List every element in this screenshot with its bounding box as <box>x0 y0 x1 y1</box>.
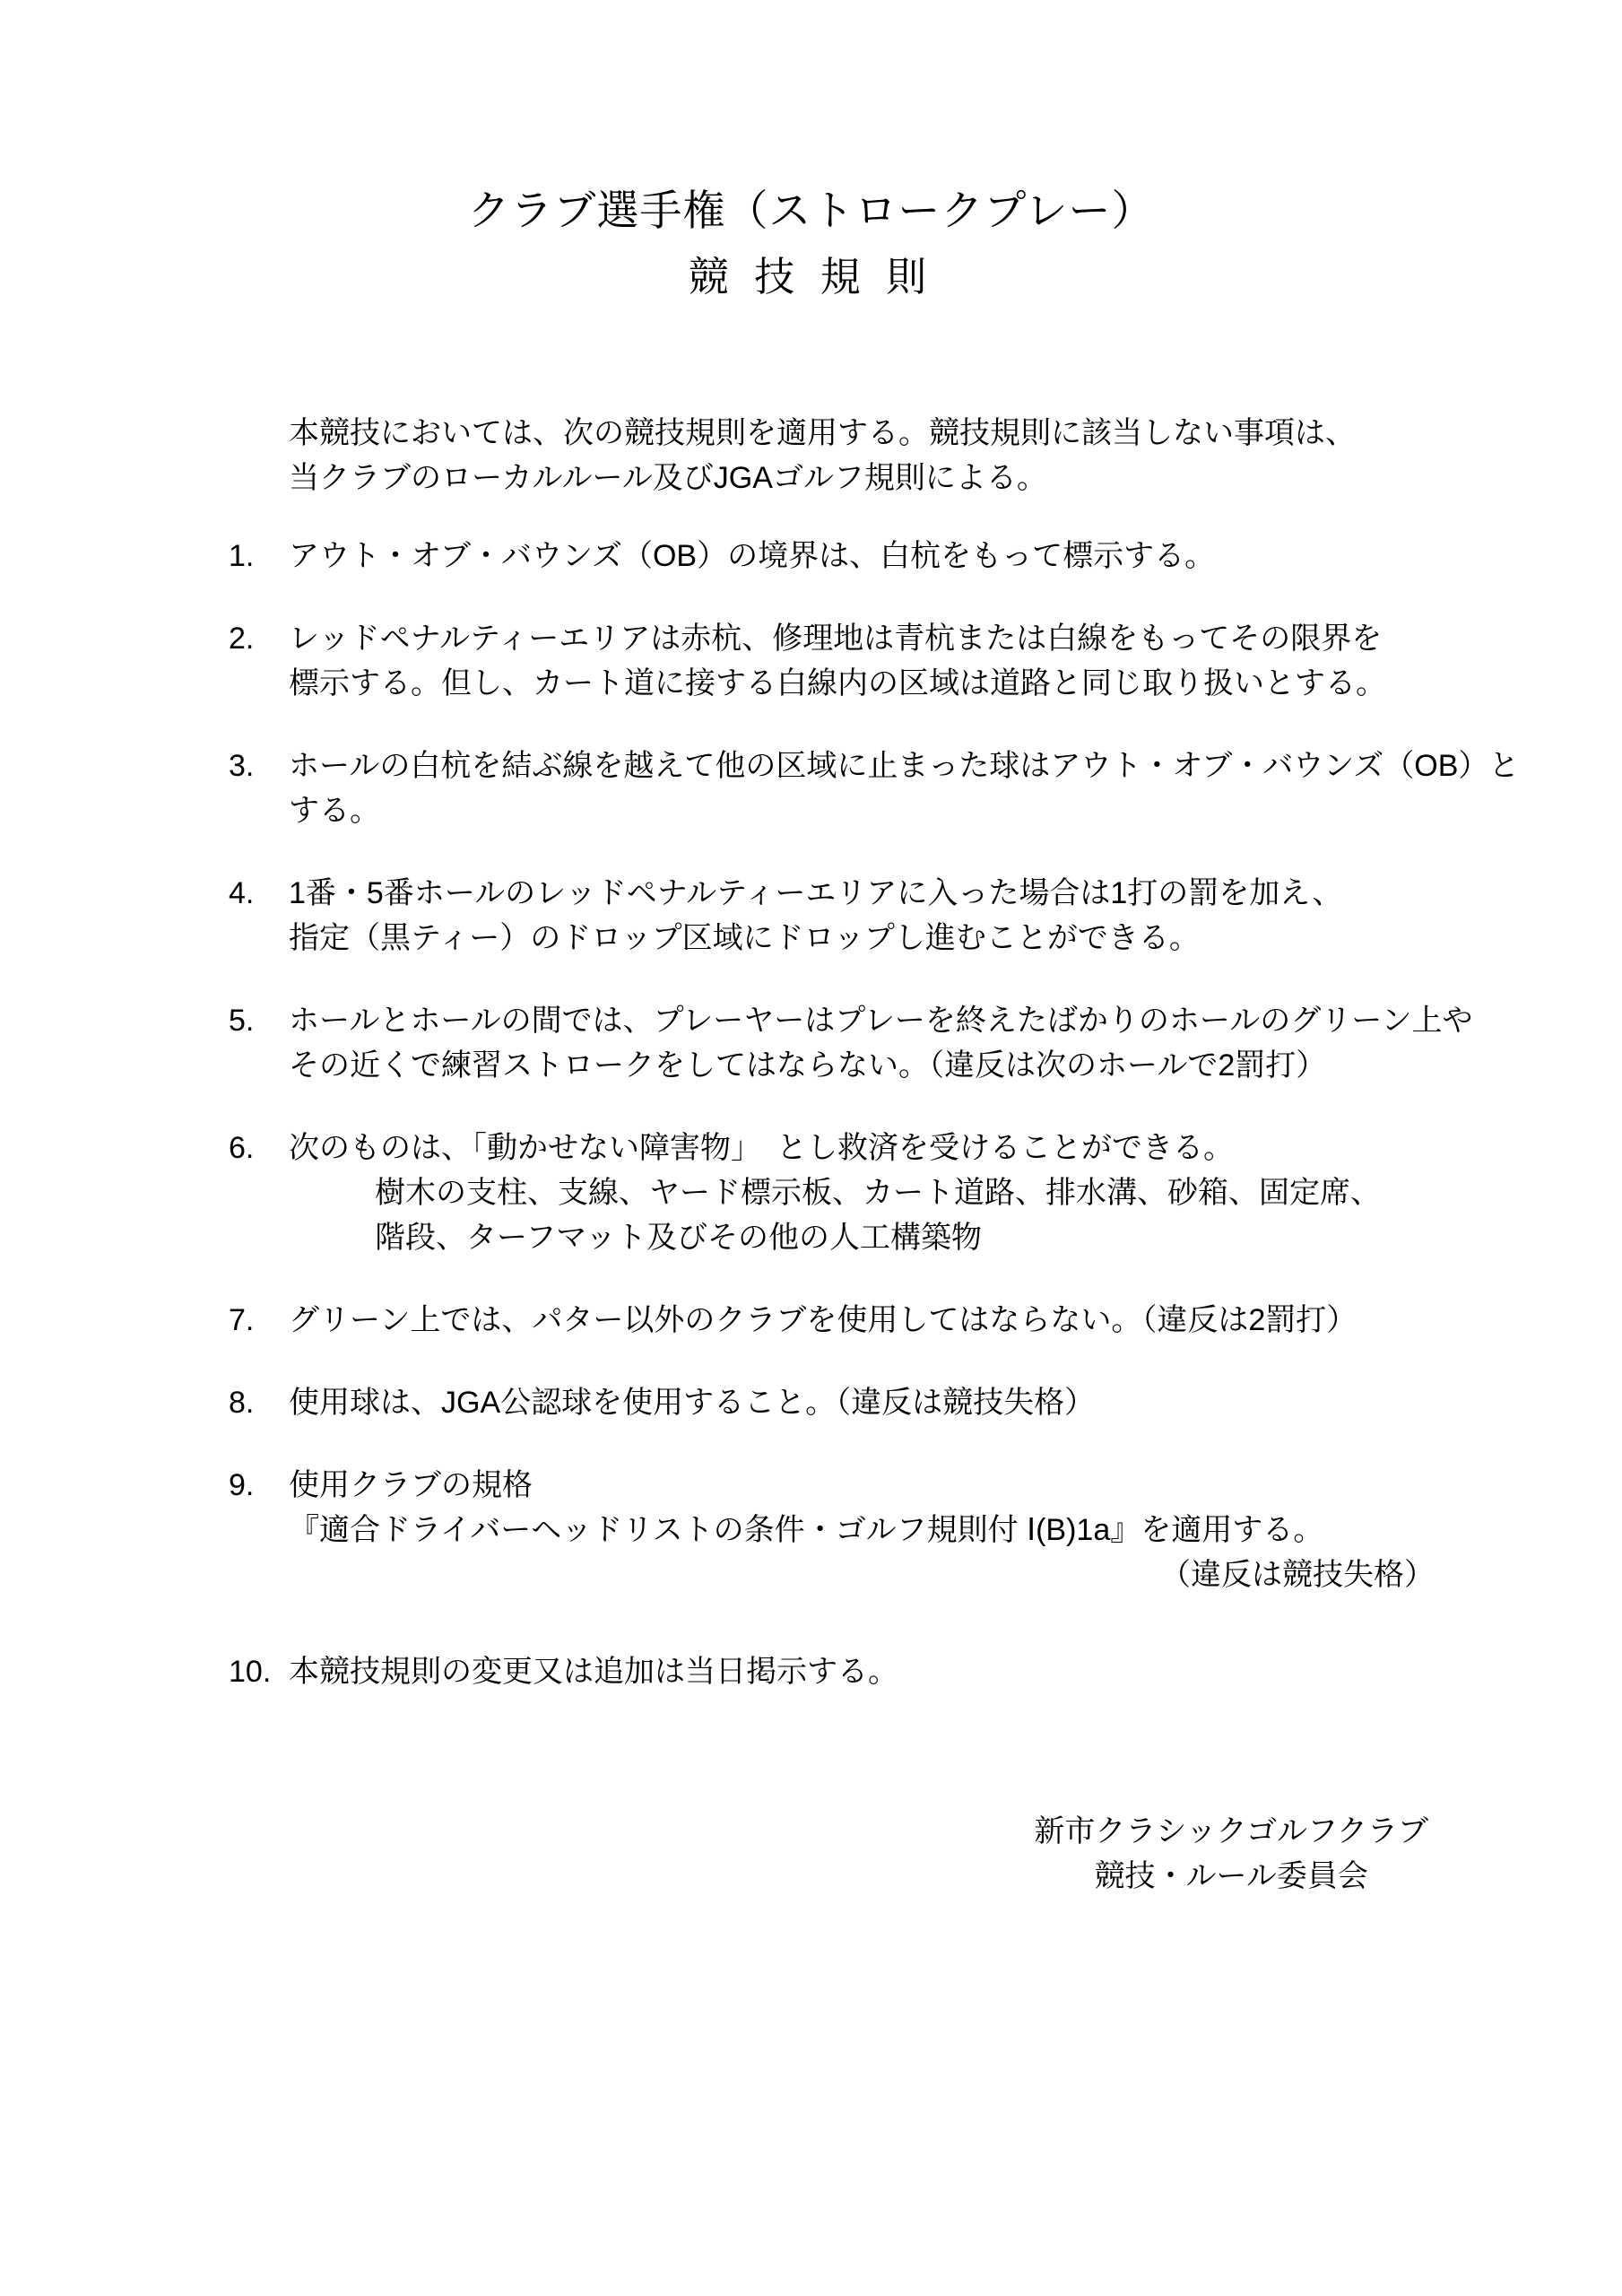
rule-item: 8.使用球は、JGA公認球を使用すること。（違反は競技失格） <box>229 1380 1435 1425</box>
rule-item: 6.次のものは、「動かせない障害物」 とし救済を受けることができる。樹木の支柱、… <box>229 1126 1435 1260</box>
rule-body: グリーン上では、パター以外のクラブを使用してはならない。（違反は2罰打） <box>289 1298 1435 1343</box>
rule-line: 使用球は、JGA公認球を使用すること。（違反は競技失格） <box>289 1380 1435 1425</box>
rule-item: 1.アウト・オブ・バウンズ（OB）の境界は、白杭をもって標示する。 <box>229 534 1435 578</box>
rule-item: 5.ホールとホールの間では、プレーヤーはプレーを終えたばかりのホールのグリーン上… <box>229 998 1435 1088</box>
rule-line: ホールの白杭を結ぶ線を越えて他の区域に止まった球はアウト・オブ・バウンズ（OB）… <box>289 744 1519 788</box>
rule-line: アウト・オブ・バウンズ（OB）の境界は、白杭をもって標示する。 <box>289 534 1435 578</box>
rule-line: 標示する。但し、カート道に接する白線内の区域は道路と同じ取り扱いとする。 <box>289 661 1435 706</box>
rule-number: 3. <box>229 744 289 788</box>
rule-item: 7.グリーン上では、パター以外のクラブを使用してはならない。（違反は2罰打） <box>229 1298 1435 1343</box>
rule-number: 4. <box>229 871 289 916</box>
rule-line: 『適合ドライバーヘッドリストの条件・ゴルフ規則付 Ⅰ(B)1a』を適用する。 <box>289 1508 1435 1552</box>
rule-number: 9. <box>229 1463 289 1508</box>
rule-number: 6. <box>229 1126 289 1170</box>
rule-body: 次のものは、「動かせない障害物」 とし救済を受けることができる。樹木の支柱、支線… <box>289 1126 1435 1260</box>
rule-item: 4.1番・5番ホールのレッドペナルティーエリアに入った場合は1打の罰を加え、指定… <box>229 871 1435 961</box>
rule-item: 10.本競技規則の変更又は追加は当日掲示する。 <box>229 1649 1435 1694</box>
document-page: クラブ選手権（ストロークプレー） 競 技 規 則 本競技においては、次の競技規則… <box>0 0 1622 2296</box>
rule-item: 2.レッドペナルティーエリアは赤杭、修理地は青杭または白線をもってその限界を標示… <box>229 616 1435 706</box>
rule-line: レッドペナルティーエリアは赤杭、修理地は青杭または白線をもってその限界を <box>289 616 1435 661</box>
rule-body: ホールの白杭を結ぶ線を越えて他の区域に止まった球はアウト・オブ・バウンズ（OB）… <box>289 744 1519 833</box>
rule-body: レッドペナルティーエリアは赤杭、修理地は青杭または白線をもってその限界を標示する… <box>289 616 1435 706</box>
rule-line: する。 <box>289 788 1519 833</box>
signature-block: 新市クラシックゴルフクラブ 競技・ルール委員会 <box>1034 1809 1428 1899</box>
rule-line: 階段、ターフマット及びその他の人工構築物 <box>375 1215 1435 1260</box>
rule-body: 本競技規則の変更又は追加は当日掲示する。 <box>289 1649 1435 1694</box>
rule-line: 指定（黒ティー）のドロップ区域にドロップし進むことができる。 <box>289 916 1435 961</box>
rule-line: 次のものは、「動かせない障害物」 とし救済を受けることができる。 <box>289 1126 1435 1170</box>
page-subtitle: 競 技 規 則 <box>0 244 1622 310</box>
rule-body: 1番・5番ホールのレッドペナルティーエリアに入った場合は1打の罰を加え、指定（黒… <box>289 871 1435 961</box>
page-title: クラブ選手権（ストロークプレー） <box>0 178 1622 244</box>
rule-number: 7. <box>229 1298 289 1343</box>
rule-number: 5. <box>229 998 289 1043</box>
rule-body: 使用球は、JGA公認球を使用すること。（違反は競技失格） <box>289 1380 1435 1425</box>
intro-paragraph: 本競技においては、次の競技規則を適用する。競技規則に該当しない事項は、当クラブの… <box>289 411 1434 500</box>
committee-name: 競技・ルール委員会 <box>1034 1854 1428 1899</box>
rule-item: 3.ホールの白杭を結ぶ線を越えて他の区域に止まった球はアウト・オブ・バウンズ（O… <box>229 744 1435 833</box>
intro-line: 当クラブのローカルルール及びJGAゴルフ規則による。 <box>289 456 1434 500</box>
rule-number: 2. <box>229 616 289 661</box>
rule-line: 1番・5番ホールのレッドペナルティーエリアに入った場合は1打の罰を加え、 <box>289 871 1435 916</box>
club-name: 新市クラシックゴルフクラブ <box>1034 1809 1428 1854</box>
rule-line: ホールとホールの間では、プレーヤーはプレーを終えたばかりのホールのグリーン上や <box>289 998 1473 1043</box>
rule-line: 使用クラブの規格 <box>289 1463 1435 1508</box>
rules-list: 1.アウト・オブ・バウンズ（OB）の境界は、白杭をもって標示する。2.レッドペナ… <box>0 534 1622 1694</box>
rule-number: 1. <box>229 534 289 578</box>
rule-line: 本競技規則の変更又は追加は当日掲示する。 <box>289 1649 1435 1694</box>
rule-number: 10. <box>229 1649 289 1694</box>
rule-line: その近くで練習ストロークをしてはならない。（違反は次のホールで2罰打） <box>289 1043 1473 1088</box>
rule-body: ホールとホールの間では、プレーヤーはプレーを終えたばかりのホールのグリーン上やそ… <box>289 998 1473 1088</box>
rule-line: 樹木の支柱、支線、ヤード標示板、カート道路、排水溝、砂箱、固定席、 <box>375 1170 1435 1215</box>
rule-body: 使用クラブの規格『適合ドライバーヘッドリストの条件・ゴルフ規則付 Ⅰ(B)1a』… <box>289 1463 1435 1597</box>
intro-line: 本競技においては、次の競技規則を適用する。競技規則に該当しない事項は、 <box>289 411 1434 456</box>
rule-body: アウト・オブ・バウンズ（OB）の境界は、白杭をもって標示する。 <box>289 534 1435 578</box>
rule-item: 9.使用クラブの規格『適合ドライバーヘッドリストの条件・ゴルフ規則付 Ⅰ(B)1… <box>229 1463 1435 1597</box>
rule-line: （違反は競技失格） <box>289 1552 1435 1597</box>
rule-line: グリーン上では、パター以外のクラブを使用してはならない。（違反は2罰打） <box>289 1298 1435 1343</box>
rule-number: 8. <box>229 1380 289 1425</box>
